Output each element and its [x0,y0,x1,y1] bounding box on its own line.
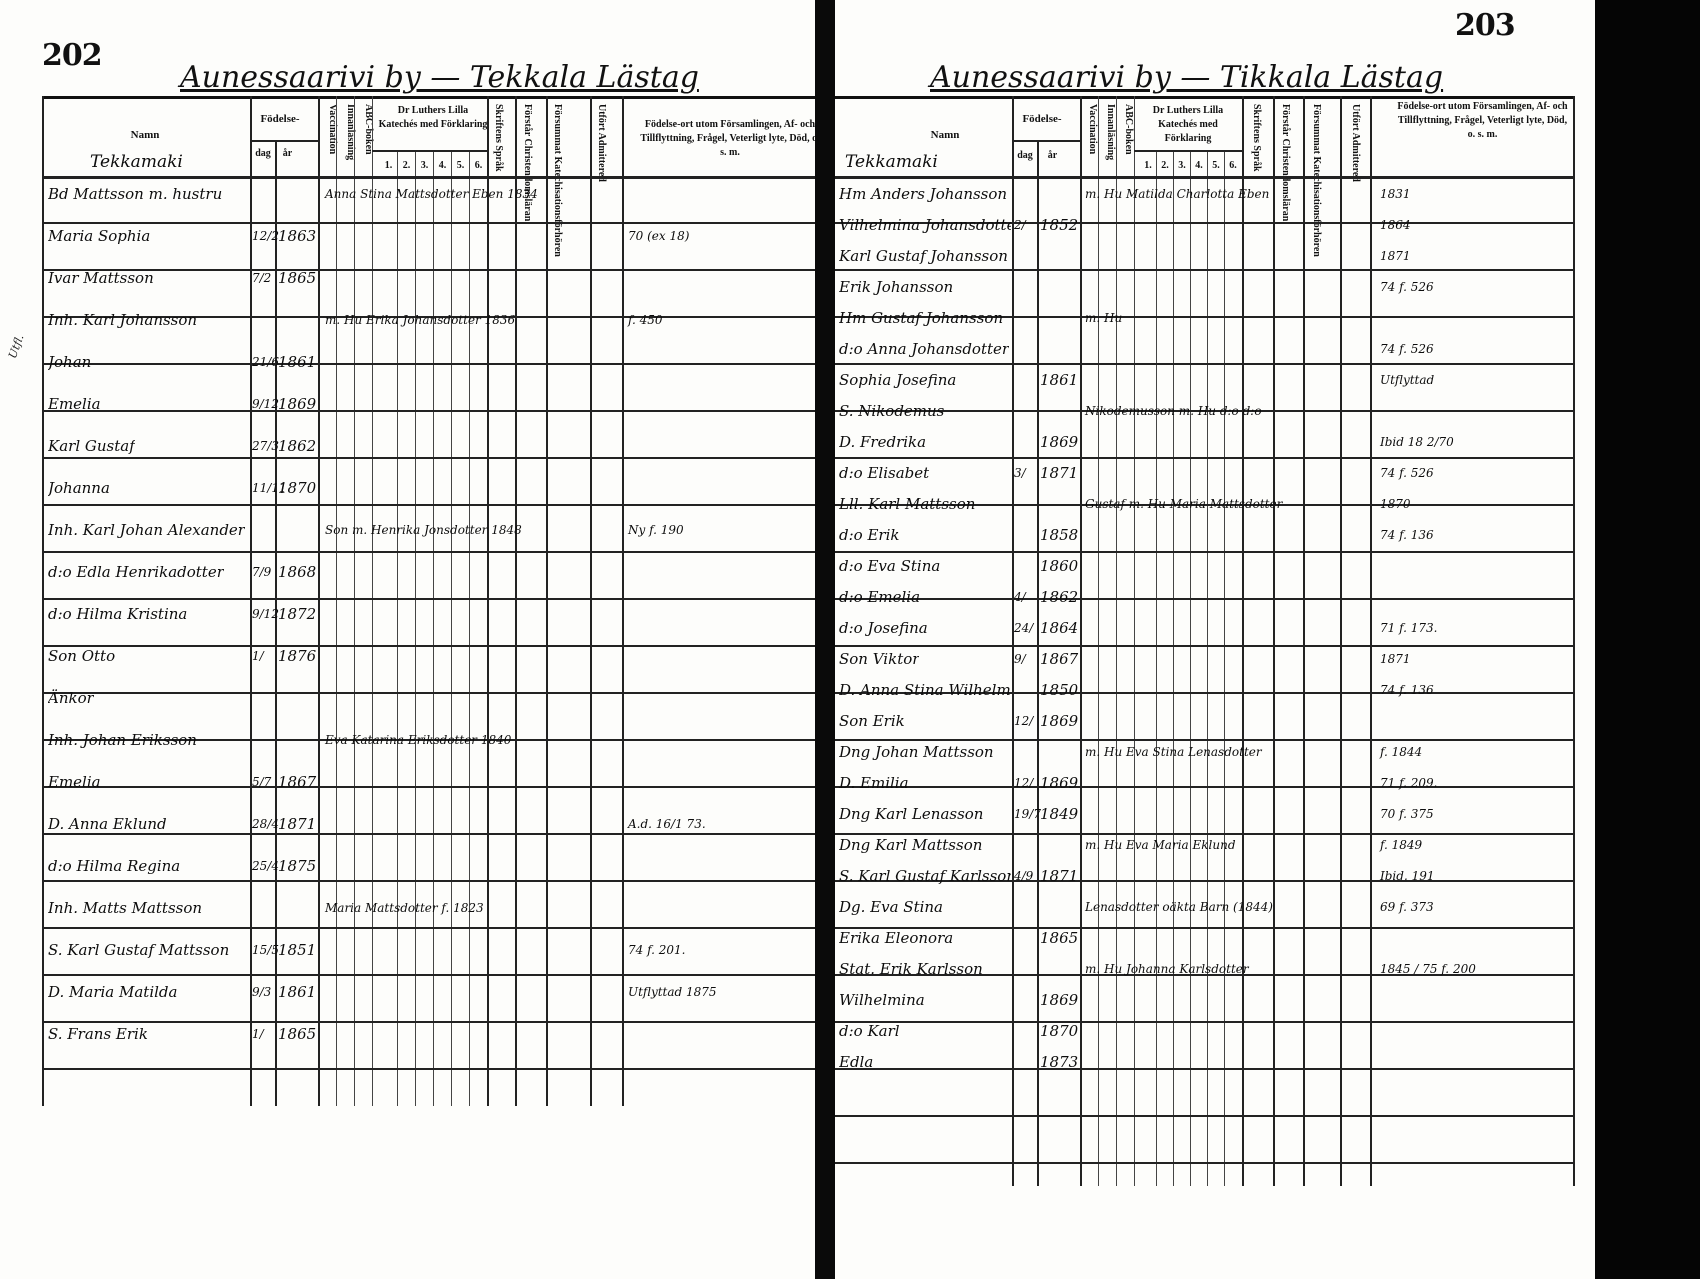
household-label: Tekkamaki [845,152,938,172]
entry-birth-year: 1865 [1040,929,1078,947]
entry-remark: Ny f. 190 [628,523,684,537]
entry-birth-year: 1862 [278,437,316,455]
header-catechism-hearing: Försummat Katechisationsförhören [1311,104,1322,179]
entry-birth-year: 1869 [1040,774,1078,792]
entry-name: Son Viktor [839,650,919,668]
entry-birth-day: 5/7 [252,775,271,789]
catechism-col-1: 1. [380,160,397,171]
entry-birth-day: 21/6 [252,355,279,369]
row-line [42,880,822,882]
village-title: Aunessaarivi by — Tekkala Lästag [180,60,699,95]
entry-name: Inh. Matts Mattsson [48,899,202,917]
entry-birth-year: 1865 [278,269,316,287]
row-line [42,363,822,365]
entry-birth-year: 1870 [278,479,316,497]
margin-note: Utfl. [6,333,27,360]
catechism-col-3: 3. [1174,160,1190,171]
entry-remark: 70 f. 375 [1380,807,1434,821]
entry-birth-day: 9/12 [252,397,279,411]
entry-birth-year: 1863 [278,227,316,245]
header-remarks: Födelse-ort utom Församlingen, Af- och T… [1395,100,1570,142]
entry-birth-day: 24/ [1014,621,1033,635]
entry-birth-day: 9/12 [252,607,279,621]
entry-birth-year: 1873 [1040,1053,1078,1071]
entry-birth-year: 1850 [1040,681,1078,699]
entry-birth-day: 7/9 [252,565,271,579]
entry-birth-day: 7/2 [252,271,271,285]
entry-birth-year: 1851 [278,941,316,959]
entry-name: d:o Hilma Regina [48,857,180,875]
entry-birth-day: 9/3 [252,985,271,999]
entry-note: Anna Stina Mattsdotter Eben 1834 [325,187,538,201]
row-line [835,739,1575,741]
header-written-language: Skriftens Språk [493,104,504,179]
entry-name: Dng Karl Mattsson [839,836,982,854]
entry-name: S. Frans Erik [48,1025,148,1043]
catechism-col-6: 6. [1225,160,1241,171]
catechism-col-5: 5. [1208,160,1224,171]
header-church-understanding: Förstår Christendomsläran [522,104,533,179]
entry-note: Maria Mattsdotter f. 1823 [325,901,484,915]
entry-birth-year: 1870 [1040,1022,1078,1040]
entry-name: Hm Gustaf Johansson [839,309,1003,327]
entry-name: Erik Johansson [839,278,953,296]
entry-name: d:o Josefina [839,619,928,637]
entry-birth-day: 25/4 [252,859,279,873]
row-line [42,786,822,788]
entry-note: m. Hu Eva Maria Eklund [1085,838,1236,852]
entry-name: D. Maria Matilda [48,983,177,1001]
entry-birth-year: 1869 [1040,433,1078,451]
entry-remark: f. 1844 [1380,745,1422,759]
entry-remark: f. 450 [628,313,663,327]
village-title: Aunessaarivi by — Tikkala Lästag [930,60,1443,95]
right-page: 203 Aunessaarivi by — Tikkala Lästag Nam… [835,0,1595,1279]
header-birth-day: dag [252,148,274,159]
entry-name: Edla [839,1053,873,1071]
entry-remark: f. 1849 [1380,838,1422,852]
row-line [835,1162,1575,1164]
entry-name: Lll. Karl Mattsson [839,495,975,513]
entry-remark: 74 f. 201. [628,943,685,957]
entry-birth-year: 1871 [1040,464,1078,482]
catechism-col-3: 3. [416,160,433,171]
entry-note: Gustaf m. Hu Maria Mattsdotter [1085,497,1282,511]
row-line [835,551,1575,553]
entry-name: Johanna [48,479,110,497]
entry-remark: 74 f. 136 [1380,683,1434,697]
entry-name: D. Emilia [839,774,909,792]
entry-name: S. Nikodemus [839,402,944,420]
entry-birth-year: 1875 [278,857,316,875]
entry-birth-year: 1869 [278,395,316,413]
row-line [42,692,822,694]
entry-birth-day: 12/2 [252,229,279,243]
entry-note: Eva Katarina Eriksdotter 1840 [325,733,511,747]
row-line [835,1115,1575,1117]
row-line [42,269,822,271]
row-line [835,1021,1575,1023]
entry-birth-year: 1872 [278,605,316,623]
entry-remark: 74 f. 526 [1380,342,1434,356]
header-name: Namn [895,128,995,142]
entry-birth-year: 1868 [278,563,316,581]
entry-name: Dg. Eva Stina [839,898,943,916]
entry-name: Bd Mattsson m. hustru [48,185,222,203]
entry-remark: 1871 [1380,249,1411,263]
entry-birth-day: 2/ [1014,218,1026,232]
entry-name: Emelia [48,395,101,413]
row-line [835,598,1575,600]
entry-birth-year: 1867 [1040,650,1078,668]
entry-name: d:o Karl [839,1022,900,1040]
row-line [835,457,1575,459]
entry-birth-year: 1860 [1040,557,1078,575]
entry-birth-year: 1865 [278,1025,316,1043]
header-vaccination: Vaccination [1087,104,1098,174]
entry-birth-day: 15/5 [252,943,279,957]
entry-name: Hm Anders Johansson [839,185,1007,203]
row-line [42,598,822,600]
row-line [42,974,822,976]
entry-birth-year: 1861 [278,353,316,371]
entry-name: S. Karl Gustaf Mattsson [48,941,229,959]
catechism-col-2: 2. [1157,160,1173,171]
entry-name: Erika Eleonora [839,929,953,947]
entry-name: Sophia Josefina [839,371,956,389]
entry-name: Maria Sophia [48,227,150,245]
left-page: 202 Aunessaarivi by — Tekkala Lästag Nam… [0,0,825,1279]
entry-remark: A.d. 16/1 73. [628,817,706,831]
entry-name: Stat. Erik Karlsson [839,960,983,978]
entry-birth-year: 1869 [1040,712,1078,730]
entry-remark: 71 f. 209. [1380,776,1437,790]
row-line [42,1021,822,1023]
entry-remark: 1871 [1380,652,1411,666]
entry-note: m. Hu Matilda Charlotta Eben [1085,187,1269,201]
header-catechism-hearing: Försummat Katechisationsförhören [552,104,563,179]
row-line [42,645,822,647]
entry-name: D. Fredrika [839,433,926,451]
entry-birth-year: 1871 [278,815,316,833]
row-line [835,786,1575,788]
header-catechism: Dr Luthers Lilla Katechés med Förklaring [1138,104,1238,146]
entry-birth-day: 1/ [252,649,264,663]
entry-name: Johan [48,353,91,371]
entry-birth-day: 9/ [1014,652,1026,666]
entry-name: Inh. Johan Eriksson [48,731,197,749]
header-birth: Födelse- [1012,112,1072,126]
entry-name: Karl Gustaf [48,437,135,455]
catechism-col-4: 4. [434,160,451,171]
entry-name: d:o Elisabet [839,464,929,482]
row-line [42,457,822,459]
entry-remark: 70 (ex 18) [628,229,689,243]
catechism-col-6: 6. [470,160,487,171]
entry-name: d:o Emelia [839,588,920,606]
entry-birth-year: 1849 [1040,805,1078,823]
entry-remark: Ibid. 191 [1380,869,1434,883]
entry-birth-year: 1867 [278,773,316,791]
entry-birth-year: 1852 [1040,216,1078,234]
entry-remark: Utflyttad 1875 [628,985,717,999]
entry-birth-day: 28/4 [252,817,279,831]
row-line [42,833,822,835]
catechism-col-4: 4. [1191,160,1207,171]
entry-note: m. Hu [1085,311,1122,325]
entry-remark: 74 f. 136 [1380,528,1434,542]
entry-name: d:o Edla Henrikadotter [48,563,224,581]
header-birth-year: år [1040,150,1065,161]
header-written-language: Skriftens Språk [1251,104,1262,179]
row-line [42,927,822,929]
row-line [42,504,822,506]
entry-name: S. Karl Gustaf Karlsson [839,867,1011,885]
entry-remark: Utflyttad [1380,373,1434,387]
entry-name: Ivar Mattsson [48,269,154,287]
entry-remark: Ibid 18 2/70 [1380,435,1454,449]
page-number: 202 [42,38,102,73]
entry-name: Dng Karl Lenasson [839,805,983,823]
entry-remark: 1845 / 75 f. 200 [1380,962,1476,976]
row-line [42,551,822,553]
entry-birth-day: 1/ [252,1027,264,1041]
row-line [835,645,1575,647]
row-line [42,1068,822,1070]
entry-name: d:o Erik [839,526,899,544]
header-admitted: Utfört Admittered [596,104,607,179]
entry-name: Son Otto [48,647,115,665]
entry-remark: 1870 [1380,497,1411,511]
catechism-col-1: 1. [1140,160,1156,171]
entry-birth-year: 1876 [278,647,316,665]
header-church-understanding: Förstår Christendomsläran [1280,104,1291,179]
entry-name: Inh. Karl Johansson [48,311,197,329]
entry-note: m. Hu Eva Stina Lenasdotter [1085,745,1262,759]
row-line [835,833,1575,835]
row-line [835,1068,1575,1070]
catechism-col-5: 5. [452,160,469,171]
entry-remark: 69 f. 373 [1380,900,1434,914]
entry-name: Wilhelmina [839,991,925,1009]
header-admitted: Utfört Admittered [1350,104,1361,179]
entry-name: Änkor [48,689,94,707]
entry-name: Karl Gustaf Johansson [839,247,1008,265]
header-reading: Innanläsning [1105,104,1116,174]
entry-note: Son m. Henrika Jonsdotter 1848 [325,523,522,537]
entry-name: Emelia [48,773,101,791]
catechism-col-2: 2. [398,160,415,171]
entry-name: d:o Anna Johansdotter [839,340,1009,358]
entry-birth-day: 12/ [1014,714,1033,728]
entry-birth-day: 27/3 [252,439,279,453]
household-label: Tekkamaki [90,152,183,172]
entry-note: m. Hu Erika Johansdotter 1836 [325,313,515,327]
entry-name: Son Erik [839,712,905,730]
row-line [835,363,1575,365]
entry-name: d:o Eva Stina [839,557,940,575]
entry-birth-day: 4/9 [1014,869,1033,883]
header-birth-year: år [275,148,300,159]
entry-birth-year: 1871 [1040,867,1078,885]
header-catechism: Dr Luthers Lilla Katechés med Förklaring [378,104,488,132]
entry-birth-year: 1861 [278,983,316,1001]
entry-birth-day: 19/7 [1014,807,1041,821]
entry-name: Dng Johan Mattsson [839,743,994,761]
entry-name: D. Anna Eklund [48,815,167,833]
entry-note: Lenasdotter oäkta Barn (1844) [1085,900,1273,914]
scan-right-edge [1595,0,1700,1279]
header-birth: Födelse- [250,112,310,126]
header-name: Namn [90,128,200,142]
row-line [42,410,822,412]
entry-name: Inh. Karl Johan Alexander [48,521,245,539]
row-line [835,269,1575,271]
entry-remark: 1864 [1380,218,1411,232]
page-number: 203 [1455,8,1515,43]
entry-birth-day: 4/ [1014,590,1026,604]
header-abc: ABC-boken [1123,104,1134,174]
entry-birth-year: 1862 [1040,588,1078,606]
entry-name: d:o Hilma Kristina [48,605,187,623]
entry-remark: 74 f. 526 [1380,280,1434,294]
entry-birth-year: 1864 [1040,619,1078,637]
entry-name: D. Anna Stina Wilhelmina [839,681,1011,699]
entry-remark: 74 f. 526 [1380,466,1434,480]
entry-birth-year: 1869 [1040,991,1078,1009]
row-line [42,222,822,224]
entry-birth-day: 3/ [1014,466,1026,480]
header-remarks: Födelse-ort utom Församlingen, Af- och T… [640,118,820,160]
entry-birth-year: 1861 [1040,371,1078,389]
header-birth-day: dag [1015,150,1035,161]
entry-remark: 1831 [1380,187,1411,201]
entry-note: Nikodemusson m. Hu d:o d:o [1085,404,1262,418]
entry-note: m. Hu Johanna Karlsdotter [1085,962,1249,976]
entry-birth-year: 1858 [1040,526,1078,544]
entry-birth-day: 12/ [1014,776,1033,790]
entry-name: Vilhelmina Johansdotter [839,216,1011,234]
entry-remark: 71 f. 173. [1380,621,1437,635]
